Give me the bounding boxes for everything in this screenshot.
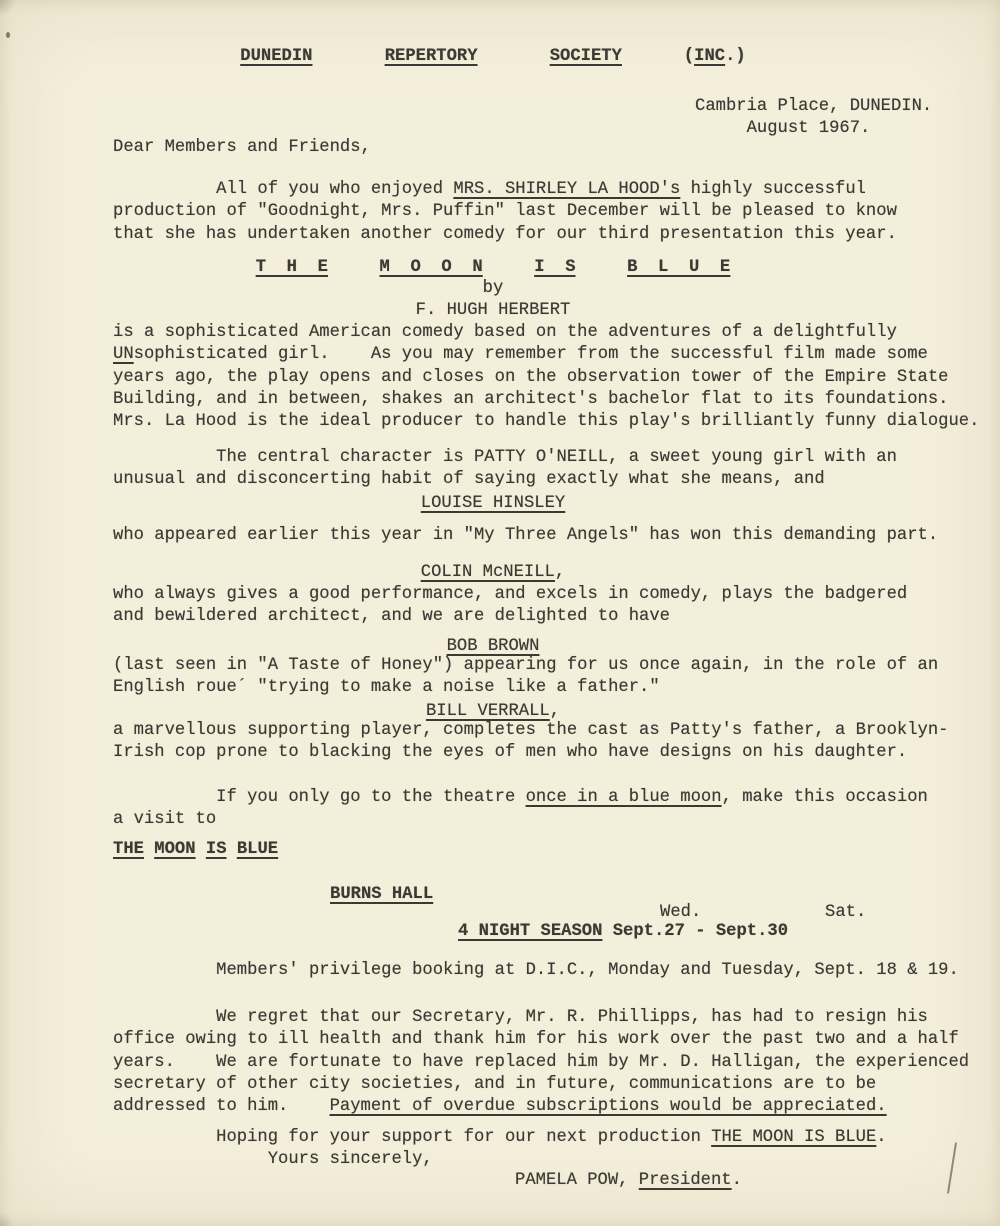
para-louise: who appeared earlier this year in "My Th… xyxy=(113,525,938,547)
text-segment: , make this occasion xyxy=(722,788,928,807)
text-segment xyxy=(478,47,550,66)
text-segment: English roue´ "trying to make a noise li… xyxy=(113,678,660,697)
text-segment: . xyxy=(732,1171,742,1190)
text-line: UNsophisticated girl. As you may remembe… xyxy=(113,344,979,366)
text-segment: .) xyxy=(725,47,746,66)
text-line: and bewildered architect, and we are del… xyxy=(113,606,907,628)
text-segment: All of you who enjoyed xyxy=(113,180,453,199)
letterhead: DUNEDIN REPERTORY SOCIETY (INC.) xyxy=(113,46,873,68)
text-segment: that she has undertaken another comedy f… xyxy=(113,225,897,244)
text-segment: The central character is PATTY O'NEILL, … xyxy=(113,448,897,467)
text-line: Mrs. La Hood is the ideal producer to ha… xyxy=(113,411,979,433)
underlined-text: President xyxy=(639,1171,732,1190)
text-segment: Hoping for your support for our next pro… xyxy=(113,1128,711,1147)
underlined-text: I S xyxy=(534,258,575,277)
text-line: a marvellous supporting player, complete… xyxy=(113,720,948,742)
booking: Members' privilege booking at D.I.C., Mo… xyxy=(113,960,959,982)
text-line: addressed to him. Payment of overdue sub… xyxy=(113,1096,969,1118)
underlined-text: SOCIETY xyxy=(550,47,622,66)
text-segment xyxy=(328,258,380,277)
season: 4 NIGHT SEASON Sept.27 - Sept.30 xyxy=(458,921,788,943)
underlined-text: M O O N xyxy=(380,258,483,277)
underlined-text: LOUISE HINSLEY xyxy=(421,494,565,513)
text-segment: office owing to ill health and thank him… xyxy=(113,1030,959,1049)
text-line: years ago, the play opens and closes on … xyxy=(113,367,979,389)
text-line: All of you who enjoyed MRS. SHIRLEY LA H… xyxy=(113,179,897,201)
text-segment: secretary of other city societies, and i… xyxy=(113,1075,876,1094)
underlined-text: once in a blue moon xyxy=(526,788,722,807)
text-line: If you only go to the theatre once in a … xyxy=(113,787,928,809)
underlined-text: IS xyxy=(206,840,227,859)
text-line: secretary of other city societies, and i… xyxy=(113,1074,969,1096)
text-line: Building, and in between, shakes an arch… xyxy=(113,389,979,411)
text-line: Yours sincerely, xyxy=(113,1149,887,1171)
text-segment: years ago, the play opens and closes on … xyxy=(113,368,948,387)
underlined-text: REPERTORY xyxy=(385,47,478,66)
text-line: Cambria Place, DUNEDIN. xyxy=(695,96,932,118)
para-secretary: We regret that our Secretary, Mr. R. Phi… xyxy=(113,1007,969,1118)
text-line: Dear Members and Friends, xyxy=(113,137,371,159)
play-title: T H E M O O N I S B L U E xyxy=(113,257,873,279)
underlined-text: BOB BROWN xyxy=(447,637,540,656)
text-segment: is a sophisticated American comedy based… xyxy=(113,323,897,342)
text-line: English roue´ "trying to make a noise li… xyxy=(113,677,938,699)
text-line: Members' privilege booking at D.I.C., Mo… xyxy=(113,960,959,982)
underlined-text: THE xyxy=(113,840,144,859)
pen-mark xyxy=(947,1142,957,1194)
text-segment xyxy=(312,47,384,66)
underlined-text: MRS. SHIRLEY LA HOOD's xyxy=(453,180,680,199)
text-segment: a marvellous supporting player, complete… xyxy=(113,721,948,740)
text-segment: If you only go to the theatre xyxy=(113,788,526,807)
text-line: years. We are fortunate to have replaced… xyxy=(113,1052,969,1074)
underlined-text: INC xyxy=(694,47,725,66)
underlined-text: BURNS HALL xyxy=(330,885,433,904)
text-line: who appeared earlier this year in "My Th… xyxy=(113,525,938,547)
text-segment: August 1967. xyxy=(695,119,870,138)
underlined-text: UN xyxy=(113,345,134,364)
text-segment: Building, and in between, shakes an arch… xyxy=(113,390,948,409)
text-line: Irish cop prone to blacking the eyes of … xyxy=(113,742,948,764)
text-line: production of "Goodnight, Mrs. Puffin" l… xyxy=(113,201,897,223)
text-segment: Mrs. La Hood is the ideal producer to ha… xyxy=(113,412,979,431)
text-segment: Wed. Sat. xyxy=(660,903,866,922)
text-segment: ( xyxy=(622,47,694,66)
text-line: Hoping for your support for our next pro… xyxy=(113,1127,887,1149)
text-segment: who appeared earlier this year in "My Th… xyxy=(113,526,938,545)
text-segment: who always gives a good performance, and… xyxy=(113,585,907,604)
para-bluemoon: If you only go to the theatre once in a … xyxy=(113,787,928,832)
text-line: office owing to ill health and thank him… xyxy=(113,1029,969,1051)
underlined-text: DUNEDIN xyxy=(240,47,312,66)
para-play: is a sophisticated American comedy based… xyxy=(113,322,979,433)
text-line: a visit to xyxy=(113,809,928,831)
text-line: 4 NIGHT SEASON Sept.27 - Sept.30 xyxy=(458,921,788,943)
text-line: The central character is PATTY O'NEILL, … xyxy=(113,447,897,469)
para-colin: who always gives a good performance, and… xyxy=(113,584,907,629)
underlined-text: Payment of overdue subscriptions would b… xyxy=(330,1097,887,1116)
venue: BURNS HALL xyxy=(330,884,433,906)
show-title: THE MOON IS BLUE xyxy=(113,839,278,861)
underlined-text: B L U E xyxy=(627,258,730,277)
text-line: BURNS HALL xyxy=(330,884,433,906)
text-segment: , xyxy=(550,702,560,721)
underlined-text: MOON xyxy=(154,840,195,859)
salutation: Dear Members and Friends, xyxy=(113,137,371,159)
underlined-text: BILL VERRALL xyxy=(426,702,550,721)
text-segment: unusual and disconcerting habit of sayin… xyxy=(113,470,825,489)
underlined-text: THE MOON IS BLUE xyxy=(711,1128,876,1147)
cast-colin: COLIN McNEILL, xyxy=(113,562,873,584)
underlined-text: COLIN McNEILL xyxy=(421,563,555,582)
letter-page: DUNEDIN REPERTORY SOCIETY (INC.)Cambria … xyxy=(0,0,1000,1226)
scan-speck xyxy=(6,32,10,38)
text-line: August 1967. xyxy=(695,118,932,140)
text-segment: Yours sincerely, xyxy=(113,1150,433,1169)
underlined-text: 4 NIGHT SEASON xyxy=(458,922,602,941)
text-segment xyxy=(227,840,237,859)
text-segment: and bewildered architect, and we are del… xyxy=(113,607,670,626)
text-segment xyxy=(576,258,628,277)
text-segment: PAMELA POW, xyxy=(515,1171,639,1190)
text-segment xyxy=(483,258,535,277)
text-line: T H E M O O N I S B L U E xyxy=(113,257,873,279)
text-segment: Irish cop prone to blacking the eyes of … xyxy=(113,743,907,762)
text-segment: (last seen in "A Taste of Honey") appear… xyxy=(113,656,938,675)
text-segment: We regret that our Secretary, Mr. R. Phi… xyxy=(113,1008,928,1027)
text-segment: Members' privilege booking at D.I.C., Mo… xyxy=(113,961,959,980)
text-segment xyxy=(196,840,206,859)
signature: PAMELA POW, President. xyxy=(515,1170,742,1192)
text-segment: production of "Goodnight, Mrs. Puffin" l… xyxy=(113,202,897,221)
text-segment: Dear Members and Friends, xyxy=(113,138,371,157)
para-patty: The central character is PATTY O'NEILL, … xyxy=(113,447,897,492)
text-segment: Sept.27 - Sept.30 xyxy=(602,922,788,941)
text-line: unusual and disconcerting habit of sayin… xyxy=(113,469,897,491)
underlined-text: BLUE xyxy=(237,840,278,859)
para-bob: (last seen in "A Taste of Honey") appear… xyxy=(113,655,938,700)
text-segment: addressed to him. xyxy=(113,1097,330,1116)
text-segment: a visit to xyxy=(113,810,216,829)
text-line: We regret that our Secretary, Mr. R. Phi… xyxy=(113,1007,969,1029)
address: Cambria Place, DUNEDIN. August 1967. xyxy=(695,96,932,141)
text-line: F. HUGH HERBERT xyxy=(113,300,873,322)
text-segment: F. HUGH HERBERT xyxy=(416,301,571,320)
text-segment: by xyxy=(483,279,504,298)
text-line: is a sophisticated American comedy based… xyxy=(113,322,979,344)
text-line: COLIN McNEILL, xyxy=(113,562,873,584)
text-line: THE MOON IS BLUE xyxy=(113,839,278,861)
text-line: LOUISE HINSLEY xyxy=(113,493,873,515)
text-segment: Cambria Place, DUNEDIN. xyxy=(695,97,932,116)
text-segment: years. We are fortunate to have replaced… xyxy=(113,1053,969,1072)
text-segment: highly successful xyxy=(680,180,866,199)
text-line: by xyxy=(113,278,873,300)
text-line: PAMELA POW, President. xyxy=(515,1170,742,1192)
para-intro: All of you who enjoyed MRS. SHIRLEY LA H… xyxy=(113,179,897,246)
cast-louise: LOUISE HINSLEY xyxy=(113,493,873,515)
text-segment xyxy=(144,840,154,859)
text-segment: . xyxy=(876,1128,886,1147)
text-segment: sophisticated girl. As you may remember … xyxy=(134,345,928,364)
text-line: who always gives a good performance, and… xyxy=(113,584,907,606)
text-line: (last seen in "A Taste of Honey") appear… xyxy=(113,655,938,677)
closing: Hoping for your support for our next pro… xyxy=(113,1127,887,1172)
text-line: DUNEDIN REPERTORY SOCIETY (INC.) xyxy=(113,46,873,68)
underlined-text: T H E xyxy=(256,258,328,277)
para-bill: a marvellous supporting player, complete… xyxy=(113,720,948,765)
text-line: that she has undertaken another comedy f… xyxy=(113,224,897,246)
byline: byF. HUGH HERBERT xyxy=(113,278,873,323)
text-segment: , xyxy=(555,563,565,582)
